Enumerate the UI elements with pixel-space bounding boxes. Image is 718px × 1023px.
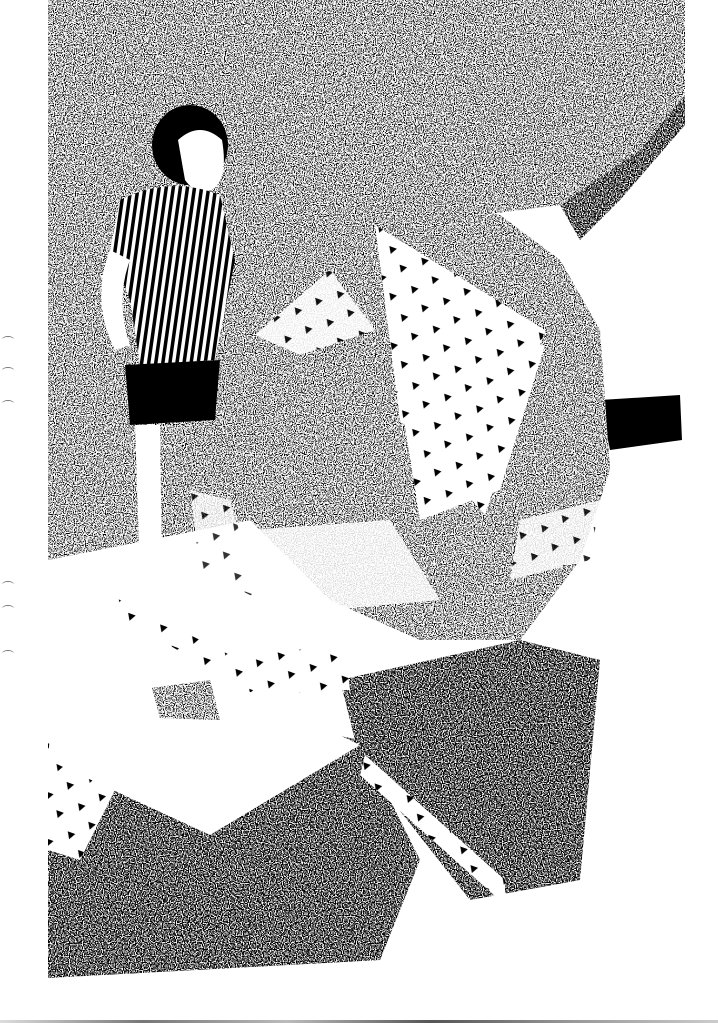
panel — [245, 645, 350, 695]
binding-mark — [2, 650, 14, 657]
halftone-photograph — [0, 0, 718, 1023]
page-margin-left — [0, 0, 46, 1023]
baseboard — [600, 395, 682, 450]
page-margin-right — [686, 0, 718, 1023]
binding-mark — [2, 336, 14, 343]
binding-mark — [2, 367, 14, 374]
page-margin-bottom — [0, 980, 718, 1023]
binding-mark — [2, 400, 14, 407]
binding-mark — [2, 581, 14, 588]
child-legs — [135, 425, 162, 575]
binding-mark — [2, 605, 14, 612]
child-shorts — [125, 360, 220, 425]
